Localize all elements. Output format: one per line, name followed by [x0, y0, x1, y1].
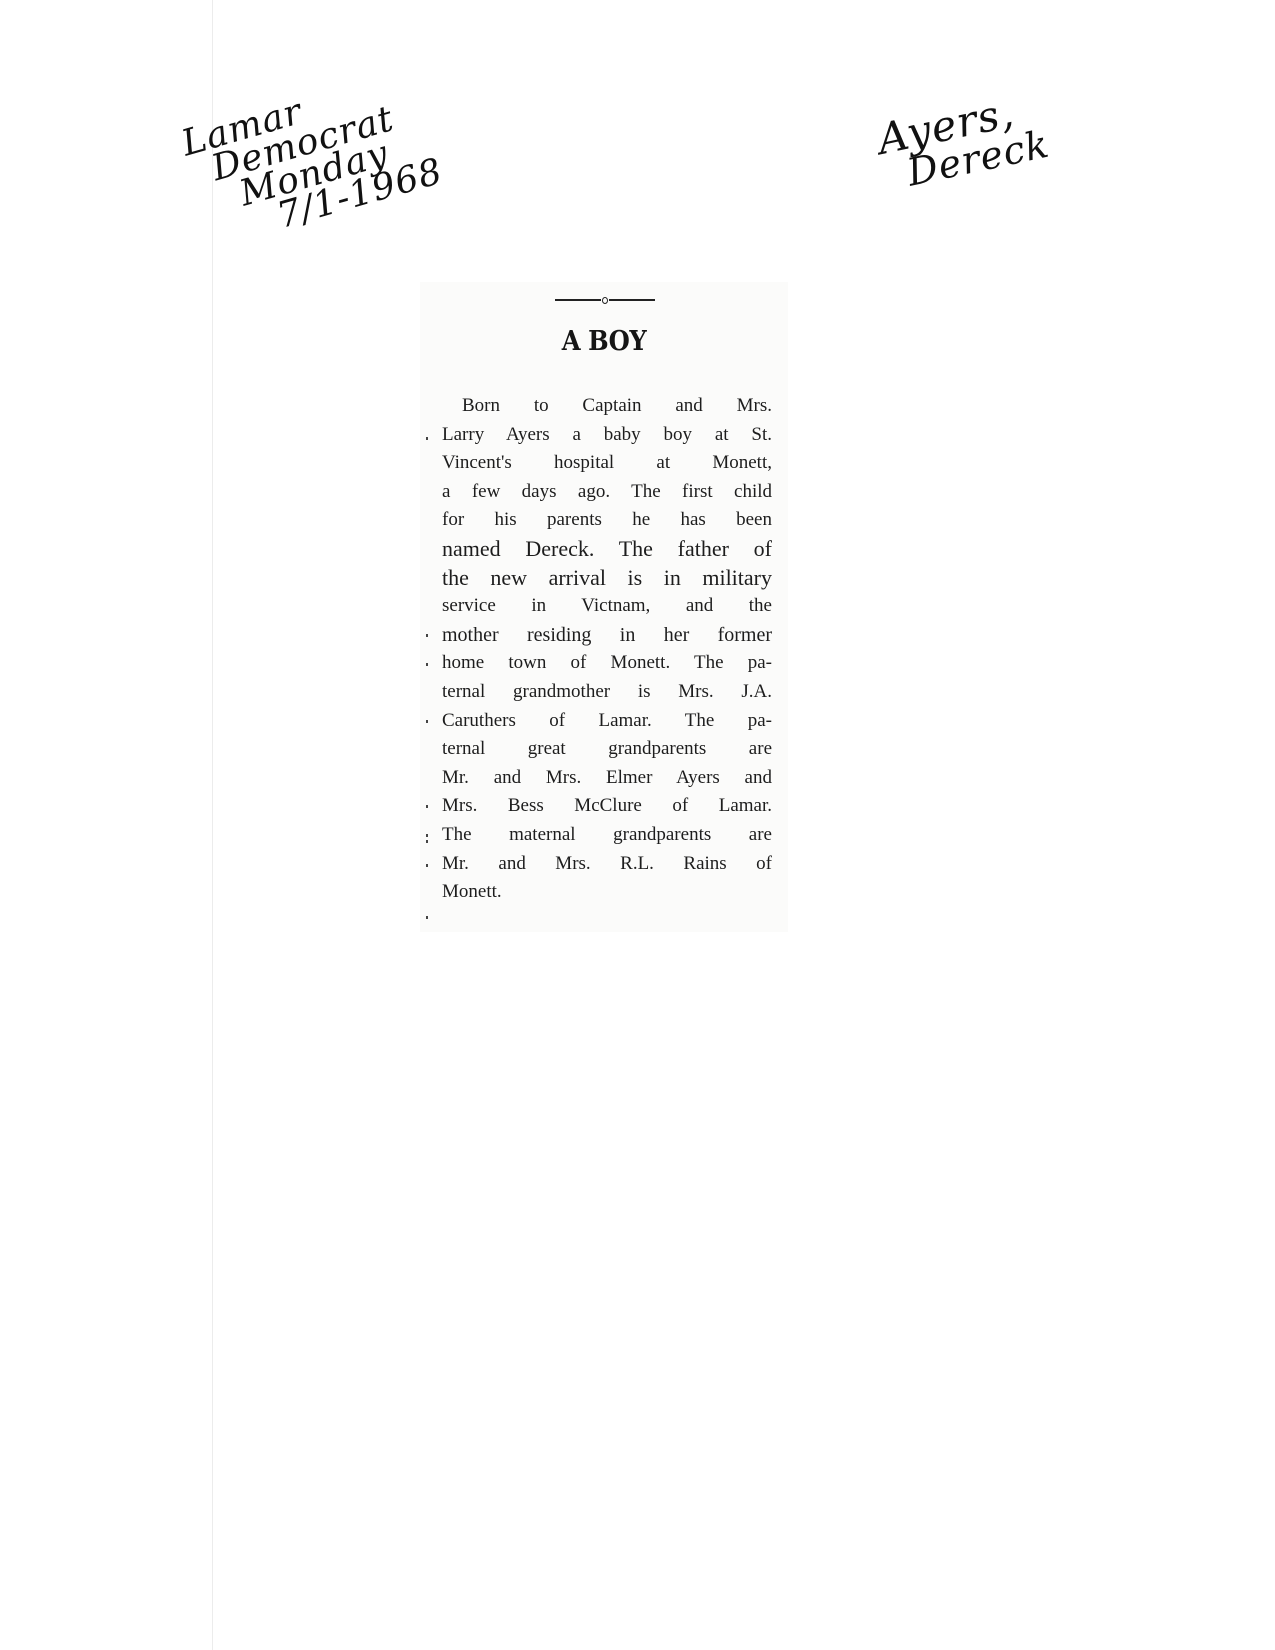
article-headline: A BOY [438, 326, 769, 357]
divider-ring-icon [602, 297, 608, 304]
handwritten-subject-note: Ayers, Dereck [874, 86, 1053, 197]
article-line: The maternal grandparents are [442, 821, 772, 850]
article-line: the new arrival is in military [442, 564, 772, 593]
article-line: a few days ago. The first child [442, 478, 772, 507]
article-line: for his parents he has been [442, 506, 772, 535]
ornament-divider [555, 294, 655, 306]
handwritten-source-note: Lamar Democrat Monday 7/1-1968 [178, 61, 447, 255]
article-body: Born to Captain and Mrs. Larry Ayers a b… [442, 392, 772, 907]
article-line: mother residing in her former [442, 621, 772, 650]
divider-rule-left [555, 299, 601, 301]
article-line: Mr. and Mrs. R.L. Rains of [442, 850, 772, 879]
article-line: Caruthers of Lamar. The pa- [442, 707, 772, 736]
article-line: ternal great grandparents are [442, 735, 772, 764]
article-line: service in Victnam, and the [442, 592, 772, 621]
clipping-margin-marks [426, 282, 432, 932]
article-line: Vincent's hospital at Monett, [442, 449, 772, 478]
article-line: Larry Ayers a baby boy at St. [442, 421, 772, 450]
article-line: ternal grandmother is Mrs. J.A. [442, 678, 772, 707]
divider-rule-right [609, 299, 655, 301]
article-line: Monett. [442, 878, 772, 907]
newspaper-clipping: A BOY Born to Captain and Mrs. Larry Aye… [420, 282, 788, 932]
article-line: Mrs. Bess McClure of Lamar. [442, 792, 772, 821]
article-line: Mr. and Mrs. Elmer Ayers and [442, 764, 772, 793]
article-line: named Dereck. The father of [442, 535, 772, 564]
article-line: home town of Monett. The pa- [442, 649, 772, 678]
article-line: Born to Captain and Mrs. [442, 392, 772, 421]
